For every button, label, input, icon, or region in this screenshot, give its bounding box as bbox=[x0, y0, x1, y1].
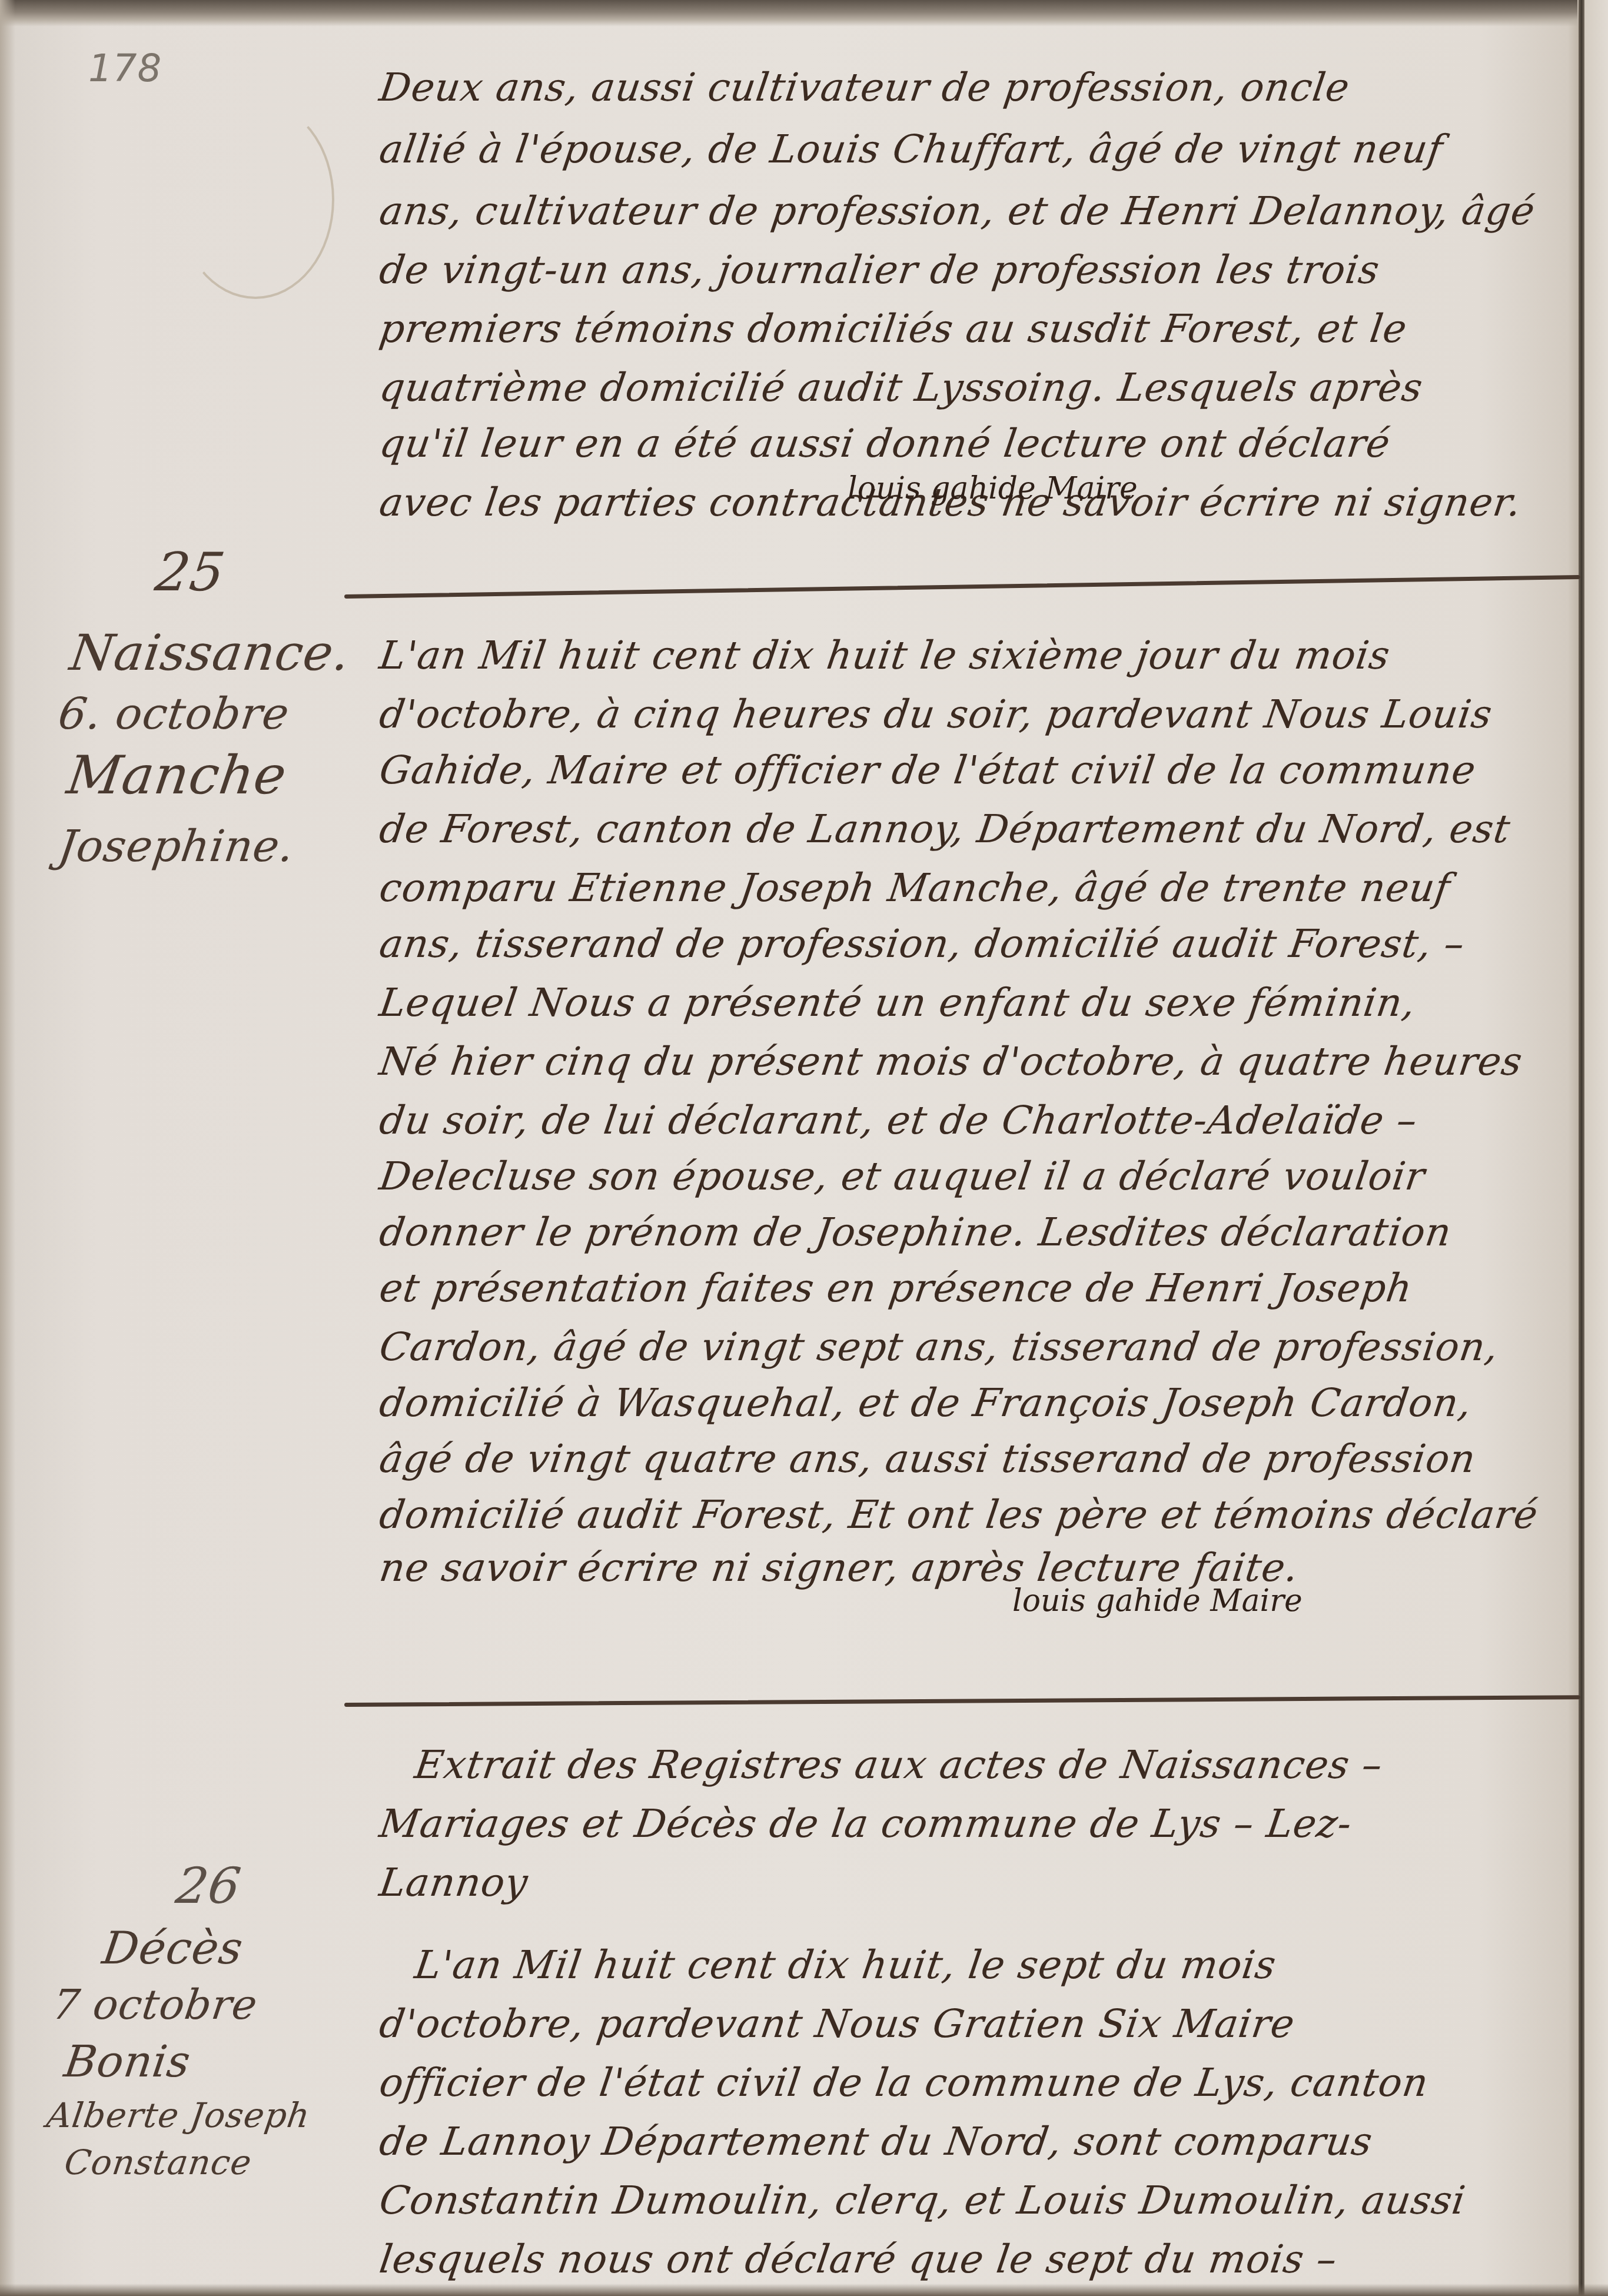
entry-25-line: âgé de vingt quatre ans, aussi tisserand… bbox=[377, 1436, 1479, 1481]
entry-top-line: allié à l'épouse, de Louis Chuffart, âgé… bbox=[377, 127, 1446, 172]
entry-top-line: quatrième domicilié audit Lyssoing. Lesq… bbox=[377, 365, 1426, 410]
entry-26-line: Extrait des Registres aux actes de Naiss… bbox=[412, 1742, 1386, 1787]
page-top-edge bbox=[0, 0, 1577, 26]
entry-number: 25 bbox=[152, 541, 229, 603]
entry-top-line: de vingt-un ans, journalier de professio… bbox=[377, 247, 1383, 293]
entry-25-line: d'octobre, à cinq heures du soir, pardev… bbox=[377, 692, 1495, 737]
entry-25-line: de Forest, canton de Lannoy, Département… bbox=[377, 806, 1513, 852]
entry-25-line: du soir, de lui déclarant, et de Charlot… bbox=[377, 1098, 1420, 1143]
entry-25-line: L'an Mil huit cent dix huit le sixième j… bbox=[377, 633, 1393, 678]
entry-given-name-2: Constance bbox=[62, 2142, 254, 2182]
entry-25-line: ans, tisserand de profession, domicilié … bbox=[377, 921, 1468, 966]
entry-divider-rule bbox=[344, 575, 1580, 599]
mayor-signature: louis gahide Maire bbox=[1012, 1583, 1303, 1619]
entry-25-line: Delecluse son épouse, et auquel il a déc… bbox=[377, 1154, 1428, 1199]
entry-given-name: Josephine. bbox=[55, 821, 298, 872]
entry-26-line: L'an Mil huit cent dix huit, le sept du … bbox=[412, 1942, 1279, 1988]
entry-surname: Manche bbox=[64, 745, 291, 806]
entry-26-line: lesquels nous ont déclaré que le sept du… bbox=[377, 2237, 1340, 2282]
entry-25-line: domicilié audit Forest, Et ont les père … bbox=[377, 1492, 1541, 1537]
entry-divider-rule bbox=[344, 1695, 1580, 1707]
entry-top-line: ans, cultivateur de profession, et de He… bbox=[377, 188, 1538, 234]
page-bottom-edge bbox=[0, 2284, 1608, 2296]
entry-top-line: premiers témoins domiciliés au susdit Fo… bbox=[377, 306, 1410, 351]
entry-number: 26 bbox=[172, 1857, 245, 1915]
entry-25-line: Gahide, Maire et officier de l'état civi… bbox=[377, 747, 1479, 793]
entry-top-line: qu'il leur en a été aussi donné lecture … bbox=[377, 421, 1393, 466]
entry-surname: Bonis bbox=[61, 2036, 194, 2087]
entry-given-name: Alberte Joseph bbox=[44, 2095, 313, 2135]
entry-26-line: de Lannoy Département du Nord, sont comp… bbox=[377, 2119, 1376, 2164]
mayor-signature: louis gahide Maire bbox=[848, 471, 1138, 506]
entry-top-line: Deux ans, aussi cultivateur de professio… bbox=[377, 65, 1353, 110]
entry-type: Décès bbox=[99, 1922, 247, 1974]
entry-25-line: Lequel Nous a présenté un enfant du sexe… bbox=[377, 980, 1418, 1025]
entry-date: 6. octobre bbox=[55, 689, 293, 739]
entry-25-line: comparu Etienne Joseph Manche, âgé de tr… bbox=[377, 865, 1453, 911]
entry-26-line: Mariages et Décès de la commune de Lys –… bbox=[377, 1801, 1355, 1846]
register-page-scan: 178 Deux ans, aussi cultivateur de profe… bbox=[0, 0, 1608, 2296]
entry-25-line: donner le prénom de Josephine. Lesdites … bbox=[377, 1210, 1454, 1255]
facing-page-edge bbox=[1584, 0, 1608, 2296]
entry-date: 7 octobre bbox=[49, 1981, 261, 2029]
entry-26-line: officier de l'état civil de la commune d… bbox=[377, 2060, 1431, 2105]
entry-type: Naissance. bbox=[67, 624, 354, 682]
entry-26-line: Lannoy bbox=[377, 1860, 531, 1905]
book-gutter bbox=[1579, 0, 1584, 2296]
entry-26-line: Constantin Dumoulin, clerq, et Louis Dum… bbox=[377, 2178, 1469, 2223]
entry-25-line: et présentation faites en présence de He… bbox=[377, 1265, 1415, 1311]
entry-26-line: d'octobre, pardevant Nous Gratien Six Ma… bbox=[377, 2001, 1298, 2046]
page-left-edge bbox=[0, 0, 15, 2296]
entry-25-line: Cardon, âgé de vingt sept ans, tisserand… bbox=[377, 1324, 1501, 1370]
entry-25-line: domicilié à Wasquehal, et de François Jo… bbox=[377, 1380, 1475, 1426]
folio-number: 178 bbox=[88, 47, 162, 91]
entry-25-line: Né hier cinq du présent mois d'octobre, … bbox=[377, 1039, 1526, 1084]
ink-stain bbox=[177, 100, 334, 299]
